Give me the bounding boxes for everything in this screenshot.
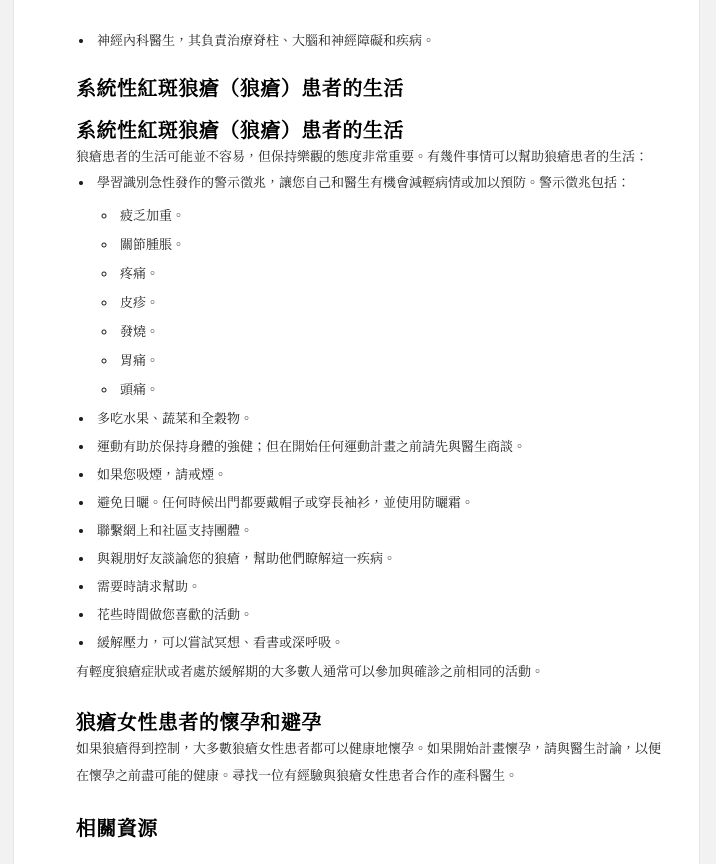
list-item-tip: 與親朋好友談論您的狼瘡，幫助他們瞭解這一疾病。: [94, 546, 665, 571]
sub-list-item: 疼痛。: [117, 261, 665, 286]
list-item-neurologist: 神經內科醫生，其負責治療脊柱、大腦和神經障礙和疾病。: [94, 28, 665, 53]
list-item-tip: 需要時請求幫助。: [94, 574, 665, 599]
remission-paragraph: 有輕度狼瘡症狀或者處於緩解期的大多數人通常可以參加與確診之前相同的活動。: [76, 658, 665, 685]
heading-living-with-lupus: 系統性紅斑狼瘡（狼瘡）患者的生活: [76, 77, 665, 101]
warning-signs-sublist: 疲乏加重。 關節腫脹。 疼痛。 皮疹。 發燒。 胃痛。 頭痛。: [97, 203, 665, 402]
list-item-tip: 聯繫網上和社區支持團體。: [94, 518, 665, 543]
document-page: 神經內科醫生，其負責治療脊柱、大腦和神經障礙和疾病。 系統性紅斑狼瘡（狼瘡）患者…: [13, 0, 700, 864]
list-item-warning-lead: 學習識別急性發作的警示徵兆，讓您自己和醫生有機會減輕病情或加以預防。警示徵兆包括…: [94, 170, 665, 402]
list-item-tip: 緩解壓力，可以嘗試冥想、看書或深呼吸。: [94, 630, 665, 655]
sub-list-item: 胃痛。: [117, 348, 665, 373]
heading-related-resources: 相關資源: [76, 817, 665, 841]
document-viewport: 神經內科醫生，其負責治療脊柱、大腦和神經障礙和疾病。 系統性紅斑狼瘡（狼瘡）患者…: [0, 0, 716, 864]
sub-list-item: 疲乏加重。: [117, 203, 665, 228]
list-item-tip: 避免日曬。任何時候出門都要戴帽子或穿長袖衫，並使用防曬霜。: [94, 490, 665, 515]
warning-lead-text: 學習識別急性發作的警示徵兆，讓您自己和醫生有機會減輕病情或加以預防。警示徵兆包括…: [97, 175, 630, 190]
heading-pregnancy-contraception: 狼瘡女性患者的懷孕和避孕: [76, 711, 665, 735]
list-item-tip: 多吃水果、蔬菜和全穀物。: [94, 406, 665, 431]
list-item-tip: 如果您吸煙，請戒煙。: [94, 462, 665, 487]
list-item-tip: 花些時間做您喜歡的活動。: [94, 602, 665, 627]
life-tips-list: 多吃水果、蔬菜和全穀物。 運動有助於保持身體的強健；但在開始任何運動計畫之前請先…: [76, 406, 665, 655]
living-intro-paragraph: 狼瘡患者的生活可能並不容易，但保持樂觀的態度非常重要。有幾件事情可以幫助狼瘡患者…: [76, 143, 665, 170]
sub-list-item: 關節腫脹。: [117, 232, 665, 257]
warning-signs-list: 學習識別急性發作的警示徵兆，讓您自己和醫生有機會減輕病情或加以預防。警示徵兆包括…: [76, 170, 665, 402]
sub-list-item: 發燒。: [117, 319, 665, 344]
sub-list-item: 頭痛。: [117, 377, 665, 402]
doctor-types-list: 神經內科醫生，其負責治療脊柱、大腦和神經障礙和疾病。: [76, 28, 665, 53]
sub-list-item: 皮疹。: [117, 290, 665, 315]
pregnancy-paragraph: 如果狼瘡得到控制，大多數狼瘡女性患者都可以健康地懷孕。如果開始計畫懷孕，請與醫生…: [76, 735, 665, 789]
list-item-tip: 運動有助於保持身體的強健；但在開始任何運動計畫之前請先與醫生商談。: [94, 434, 665, 459]
heading-living-with-lupus-duplicate: 系統性紅斑狼瘡（狼瘡）患者的生活: [76, 119, 665, 143]
document-content: 神經內科醫生，其負責治療脊柱、大腦和神經障礙和疾病。 系統性紅斑狼瘡（狼瘡）患者…: [76, 28, 665, 841]
